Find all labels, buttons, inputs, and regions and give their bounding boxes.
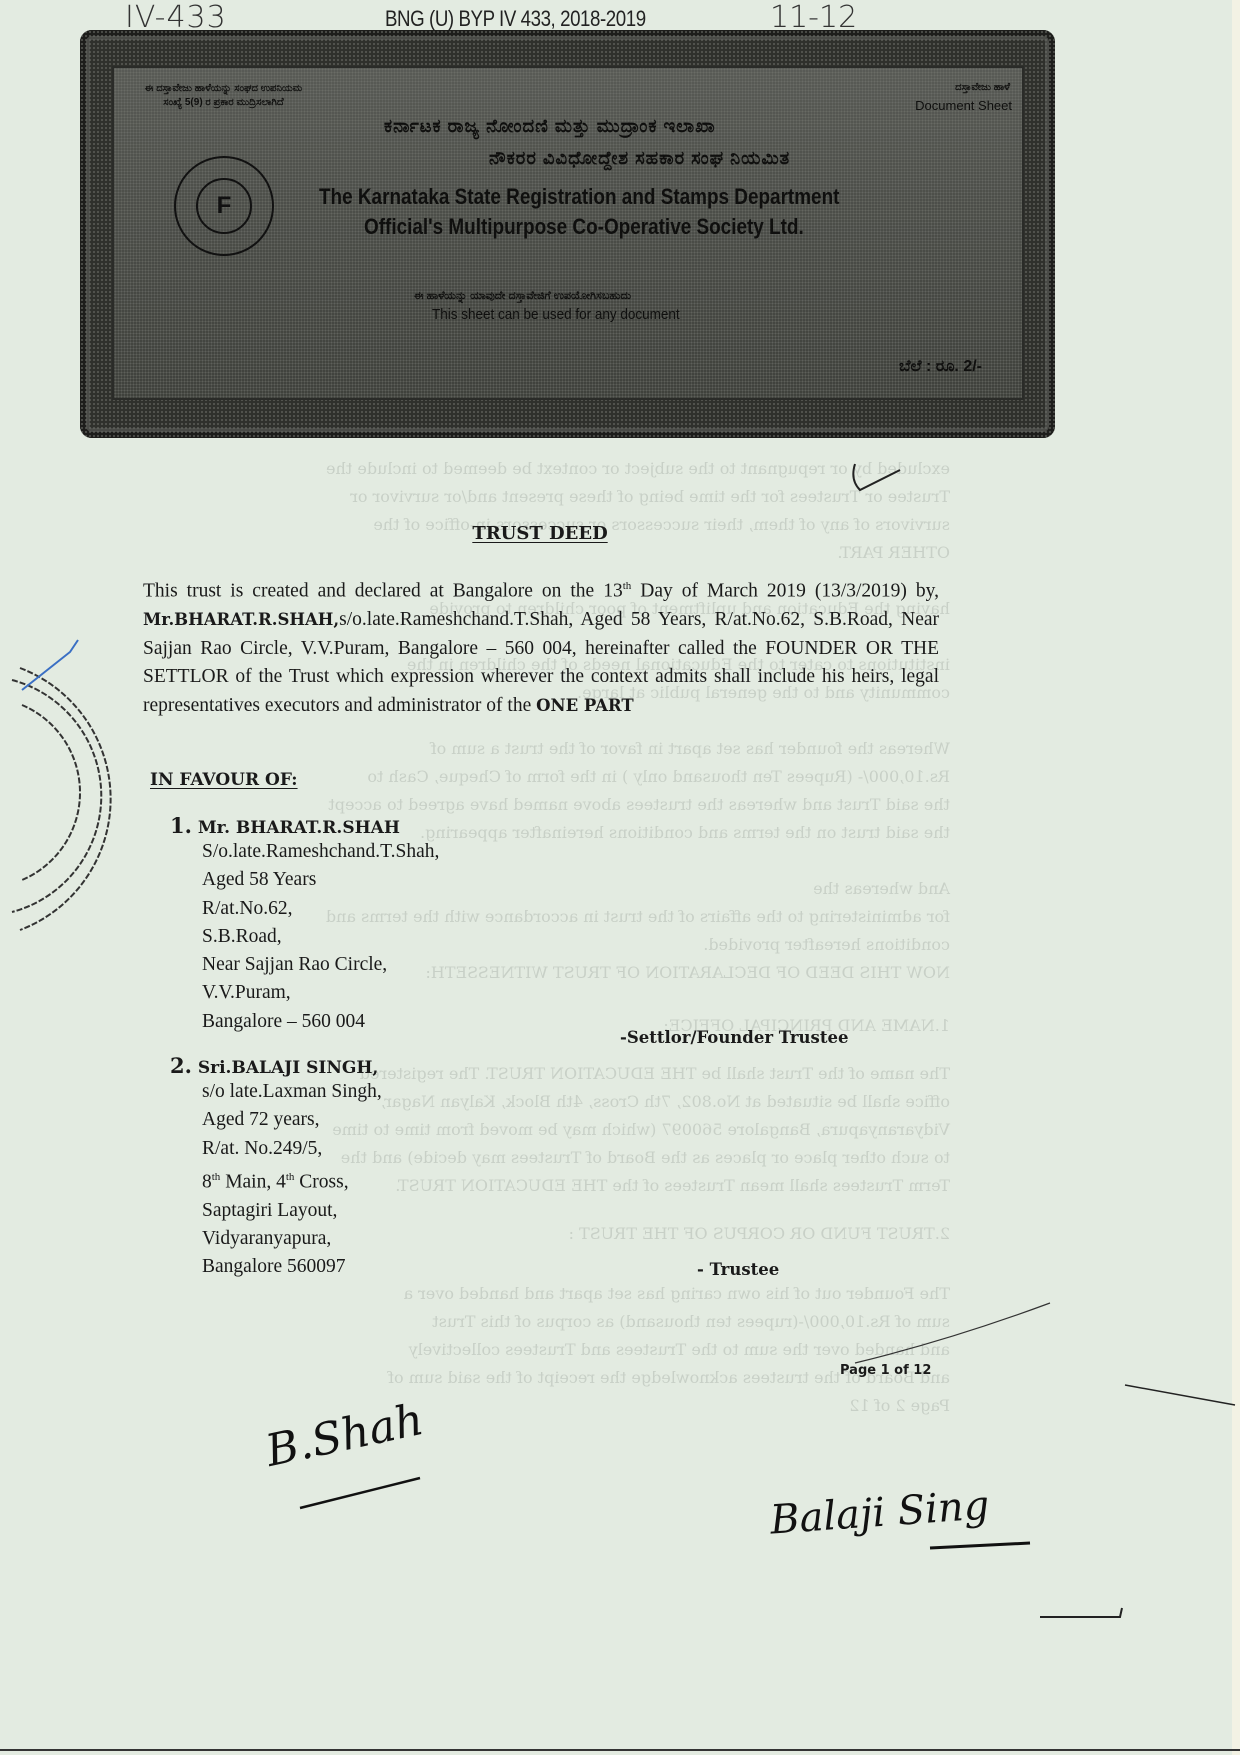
- page-bottom-edge: [0, 1749, 1240, 1751]
- signature-underline: [300, 1478, 420, 1508]
- organization-name-kannada-line1: ಕರ್ನಾಟಕ ರಾಜ್ಯ ನೋಂದಣಿ ಮತ್ತು ಮುದ್ರಾಂಕ ಇಲಾಖ…: [384, 116, 716, 137]
- document-sheet-label: Document Sheet: [915, 98, 1012, 113]
- usage-note-english: This sheet can be used for any document: [432, 306, 680, 323]
- signature-tail: [930, 1543, 1030, 1548]
- usage-note-kannada: ಈ ಹಾಳೆಯನ್ನು ಯಾವುದೇ ದಸ್ತಾವೇಜಿಗೆ ಉಪಯೋಗಿಸಬಹ…: [414, 290, 631, 303]
- pen-stroke-edge: [1125, 1385, 1235, 1405]
- pen-mark-bottom: [1040, 1608, 1122, 1617]
- organization-name-english-line2: Official's Multipurpose Co-Operative Soc…: [364, 214, 804, 240]
- document-sheet-kannada: ದಸ್ತಾವೇಜು ಹಾಳೆ: [955, 82, 1010, 93]
- pen-marks-overlay: [0, 0, 1240, 1755]
- initial-mark: [853, 464, 900, 490]
- society-seal-icon: F: [174, 156, 274, 256]
- stamp-bylaw-note-line2: ಸಂಖ್ಯೆ 5(9) ರ ಪ್ರಕಾರ ಮುದ್ರಿಸಲಾಗಿದೆ: [126, 96, 321, 110]
- partial-registration-seal-icon: [12, 668, 111, 930]
- organization-name-english-line1: The Karnataka State Registration and Sta…: [319, 184, 839, 210]
- stamp-price: ಬೆಲೆ : ರೂ. 2/-: [899, 358, 982, 376]
- seal-letter: F: [196, 178, 252, 234]
- stamp-bylaw-note: ಈ ದಸ್ತಾವೇಜು ಹಾಳೆಯನ್ನು ಸಂಘದ ಉಪನಿಯಮ ಸಂಖ್ಯೆ…: [126, 82, 321, 110]
- pen-stroke-right: [855, 1303, 1050, 1363]
- stamp-bylaw-note-line1: ಈ ದಸ್ತಾವೇಜು ಹಾಳೆಯನ್ನು ಸಂಘದ ಉಪನಿಯಮ: [126, 82, 321, 96]
- organization-name-kannada-line2: ನೌಕರರ ವಿವಿಧೋದ್ದೇಶ ಸಹಕಾರ ಸಂಘ ನಿಯಮಿತ: [489, 148, 790, 169]
